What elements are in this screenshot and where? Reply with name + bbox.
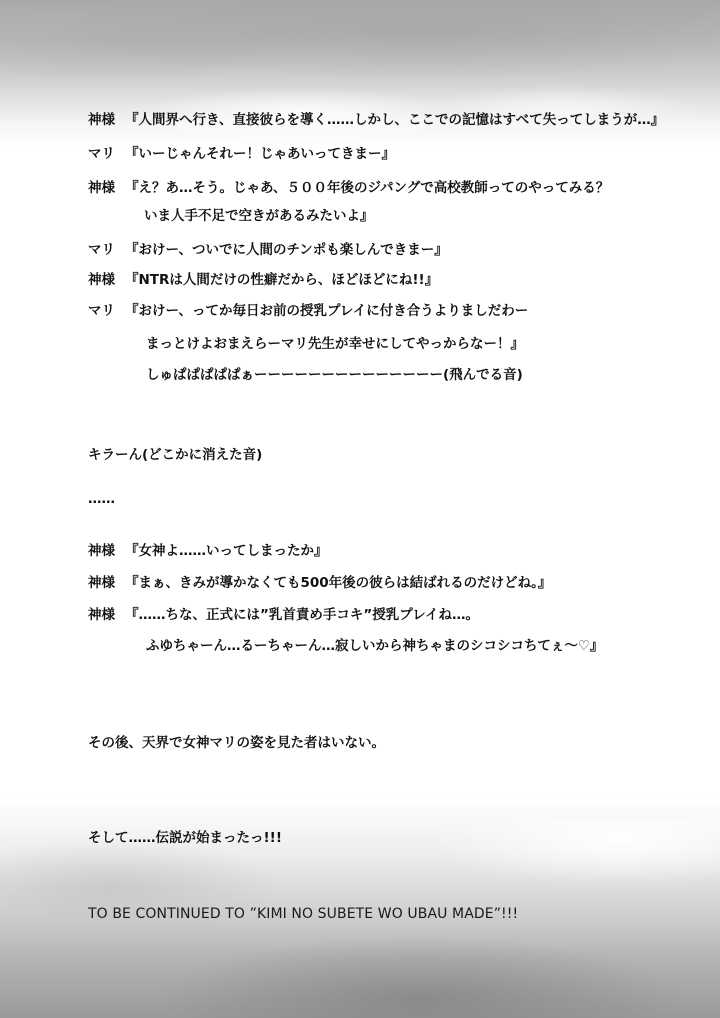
speaker-label: 神様 [88,111,125,129]
narration-sound-effect: キラーん(どこかに消えた音) [88,446,262,464]
speaker-label: 神様 [88,574,125,592]
narration-ellipsis: …… [88,490,115,508]
dialogue-line: 神様『え？あ…そう。じゃあ、５００年後のジパングで高校教師ってのやってみる？ [88,179,609,197]
dialogue-text: ふゆちゃーん…るーちゃーん…寂しいから神ちゃまのシコシコちてぇ～♡』 [146,638,603,654]
page-content: 神様『人間界へ行き、直接彼らを導く……しかし、ここでの記憶はすべて失ってしまうが… [0,0,720,1018]
sound-effect-line: しゅぱぱぱぱぱぁーーーーーーーーーーーーーー(飛んでる音) [146,366,523,384]
speaker-label: マリ [88,145,125,163]
dialogue-text: 『人間界へ行き、直接彼らを導く……しかし、ここでの記憶はすべて失ってしまうが…』 [125,112,664,128]
speaker-label: 神様 [88,542,125,560]
dialogue-continuation: いま人手不足で空きがあるみたいよ』 [144,207,374,225]
narration-epilogue: その後、天界で女神マリの姿を見た者はいない。 [88,734,385,752]
dialogue-text: 『おけー、ってか毎日お前の授乳プレイに付き合うよりましだわー [125,303,528,319]
speaker-label: 神様 [88,271,125,289]
dialogue-text: 『まぁ、きみが導かなくても500年後の彼らは結ばれるのだけどね。』 [125,575,551,591]
dialogue-text: 『……ちな、正式には”乳首責め手コキ”授乳プレイね…。 [125,607,479,623]
dialogue-line: 神様『人間界へ行き、直接彼らを導く……しかし、ここでの記憶はすべて失ってしまうが… [88,111,664,129]
dialogue-line: マリ『おけー、ってか毎日お前の授乳プレイに付き合うよりましだわー [88,302,528,320]
dialogue-line: マリ『いーじゃんそれー！じゃあいってきまー』 [88,145,395,163]
dialogue-continuation: まっとけよおまえらーマリ先生が幸せにしてやっからなー！』 [146,335,524,353]
narration-legend-begins: そして……伝説が始まったっ!!! [88,829,282,847]
dialogue-line: マリ『おけー、ついでに人間のチンポも楽しんできまー』 [88,241,448,259]
to-be-continued-caption: TO BE CONTINUED TO ”KIMI NO SUBETE WO UB… [88,906,518,922]
dialogue-text: 『女神よ……いってしまったか』 [125,543,328,559]
dialogue-text: 『おけー、ついでに人間のチンポも楽しんできまー』 [125,242,448,258]
dialogue-line: 神様『NTRは人間だけの性癖だから、ほどほどにね!!』 [88,271,438,289]
speaker-label: マリ [88,302,125,320]
dialogue-line: 神様『まぁ、きみが導かなくても500年後の彼らは結ばれるのだけどね。』 [88,574,551,592]
dialogue-text: まっとけよおまえらーマリ先生が幸せにしてやっからなー！』 [146,336,524,352]
dialogue-text: 『NTRは人間だけの性癖だから、ほどほどにね!!』 [125,272,438,288]
speaker-label: マリ [88,241,125,259]
dialogue-text: 『え？あ…そう。じゃあ、５００年後のジパングで高校教師ってのやってみる？ [125,180,609,196]
dialogue-line: 神様『……ちな、正式には”乳首責め手コキ”授乳プレイね…。 [88,606,479,624]
dialogue-line: 神様『女神よ……いってしまったか』 [88,542,328,560]
speaker-label: 神様 [88,606,125,624]
dialogue-continuation: ふゆちゃーん…るーちゃーん…寂しいから神ちゃまのシコシコちてぇ～♡』 [146,637,603,655]
dialogue-text: 『いーじゃんそれー！じゃあいってきまー』 [125,146,395,162]
dialogue-text: いま人手不足で空きがあるみたいよ』 [144,208,374,224]
speaker-label: 神様 [88,179,125,197]
dialogue-text: しゅぱぱぱぱぱぁーーーーーーーーーーーーーー(飛んでる音) [146,367,523,383]
